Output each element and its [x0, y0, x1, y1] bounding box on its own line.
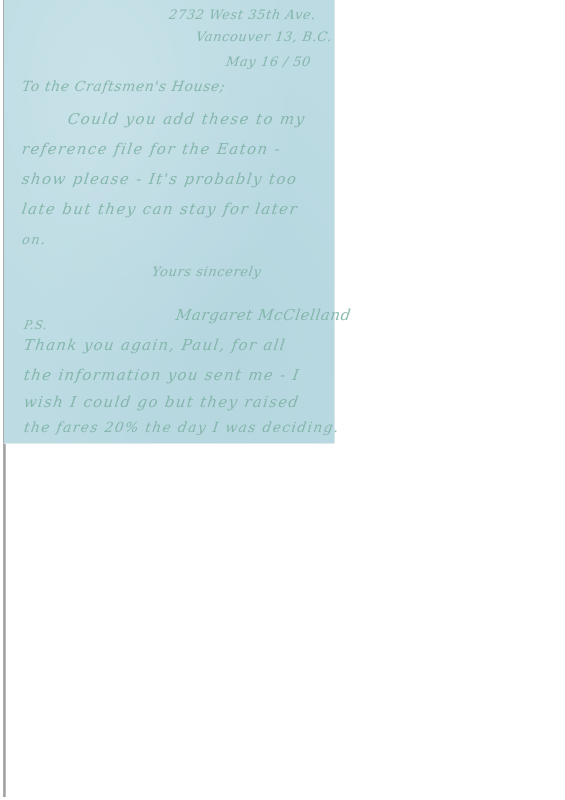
body-line: Could you add these to my	[67, 110, 307, 128]
body-line: reference file for the Eaton -	[21, 140, 283, 158]
address-line-1: 2732 West 35th Ave.	[168, 8, 317, 23]
postscript-label: P.S.	[23, 318, 48, 332]
body-line: show please - It's probably too	[21, 170, 299, 188]
signature: Margaret McClelland	[175, 306, 353, 324]
postscript-line: wish I could go but they raised	[23, 393, 301, 411]
address-line-2: Vancouver 13, B.C.	[195, 30, 333, 45]
closing: Yours sincerely	[151, 265, 262, 280]
postscript-line: Thank you again, Paul, for all	[23, 336, 287, 354]
salutation: To the Craftsmen's House;	[21, 79, 226, 95]
body-line: late but they can stay for later	[21, 200, 300, 218]
body-line: on.	[21, 233, 48, 248]
postscript-line: the fares 20% the day I was deciding.	[23, 420, 341, 436]
postscript-line: the information you sent me - I	[23, 366, 301, 384]
letter-page: 2732 West 35th Ave. Vancouver 13, B.C. M…	[4, 0, 334, 443]
letter-date: May 16 / 50	[225, 55, 312, 70]
